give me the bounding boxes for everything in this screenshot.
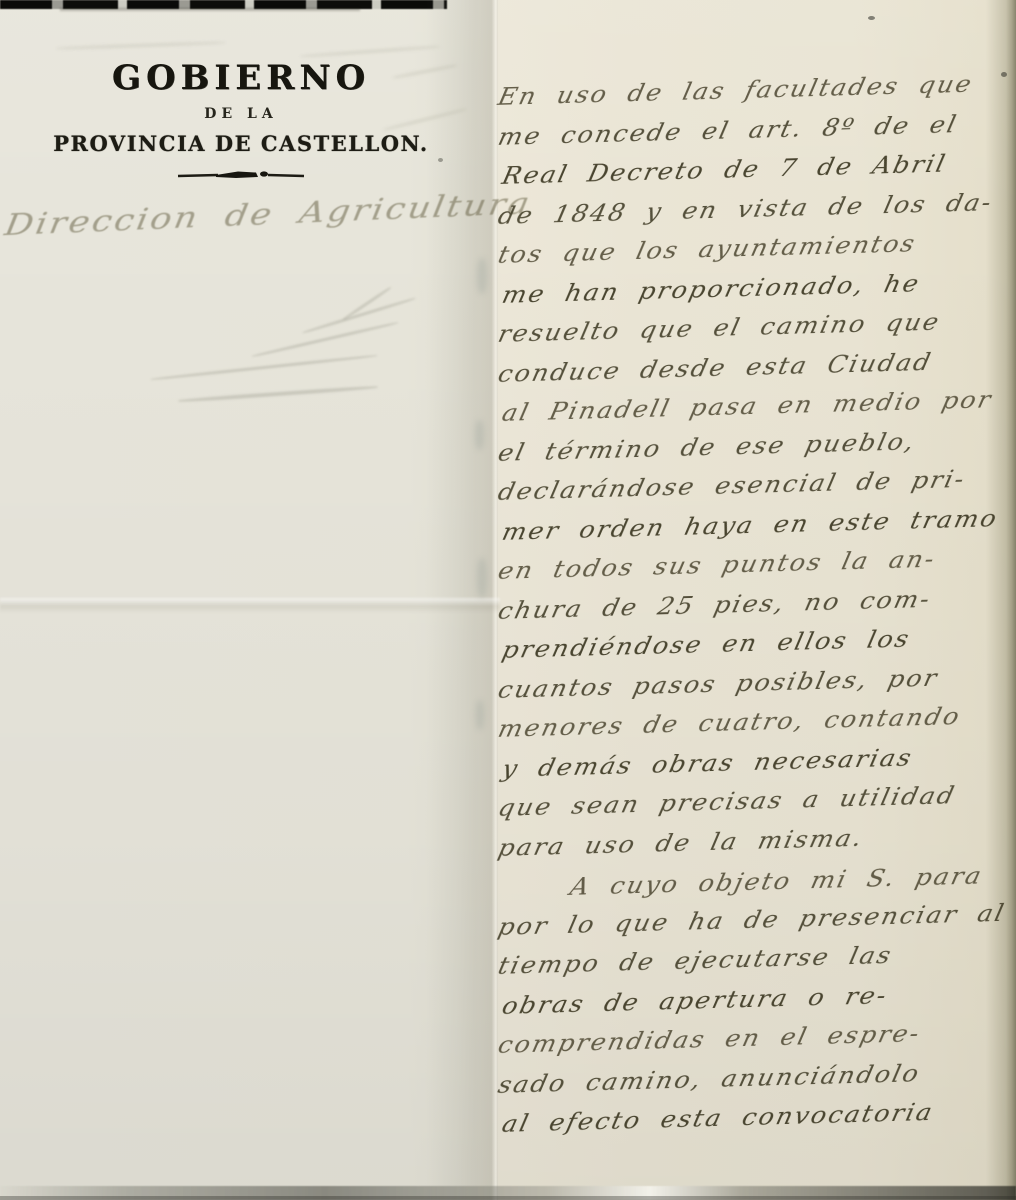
bleed-through-mark bbox=[477, 258, 487, 294]
pencil-flourish bbox=[178, 385, 378, 403]
pencil-flourish bbox=[302, 297, 416, 334]
manuscript-column: En uso de las facultades queme concede e… bbox=[494, 78, 1010, 1158]
bleed-through-mark bbox=[476, 700, 484, 730]
bleed-through-mark bbox=[475, 420, 484, 450]
bleed-through-mark bbox=[477, 558, 487, 598]
decorative-rule bbox=[176, 166, 306, 188]
letterhead-title: GOBIERNO bbox=[0, 58, 482, 98]
pencil-flourish bbox=[150, 354, 377, 381]
letterhead-province-line: PROVINCIA DE CASTELLON. bbox=[0, 131, 482, 156]
scanned-letter-page: GOBIERNO DE LA PROVINCIA DE CASTELLON. D… bbox=[0, 0, 1016, 1200]
bleed-through-mark bbox=[56, 41, 226, 50]
scan-speck bbox=[868, 16, 875, 20]
scan-bottom-edge-shadow bbox=[0, 1196, 1016, 1200]
decorative-rule-icon bbox=[176, 166, 306, 184]
bleed-through-mark bbox=[300, 45, 440, 58]
letterhead-subtitle: DE LA bbox=[0, 106, 482, 122]
horizontal-crease bbox=[0, 598, 500, 613]
scan-top-edge-shadow bbox=[60, 8, 360, 11]
